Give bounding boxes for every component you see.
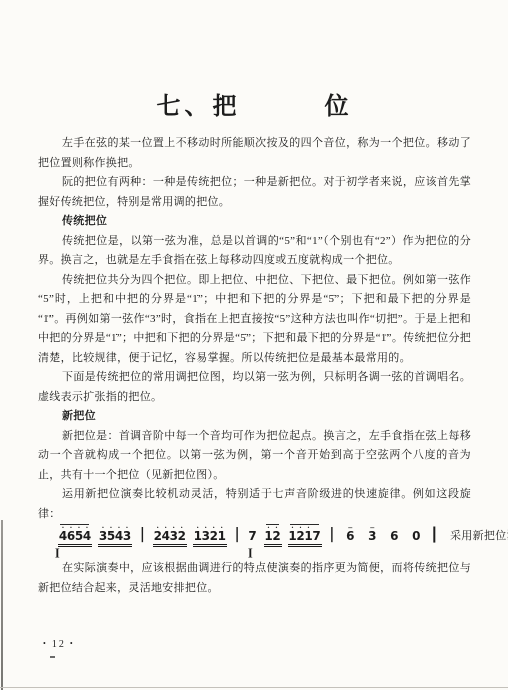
position-mark-1: I [55,545,60,562]
position-mark-2: I [248,545,253,562]
jianpu-group: ·2·4·3·2 [153,525,187,547]
footer-ornament-right: • [70,639,75,648]
paragraph-definition: 左手在弦的某一位置上不移动时所能顺次按及的四个音位，称为一个把位。移动了把位置则… [38,134,471,173]
jianpu-group: ·1·2·1 7 [288,525,322,547]
jianpu-group: ·3·5·4·3 [98,525,132,547]
jianpu-group: –3 [367,525,377,543]
paragraph-traditional-rule: 传统把位是，以第一弦为准，总是以首调的“5”和“1”（个别也有“2”）作为把位的… [38,232,471,271]
jianpu-group: ·1·2 [264,525,282,547]
notation-caption: 采用新把位演奏就比较方便。 [450,527,508,545]
heading-traditional-weizhi: 传统把位 [38,212,471,232]
jianpu-group: ·1·3·2·1 [193,525,227,547]
jianpu-digit: 6 [346,530,354,543]
jianpu-group: 7 [248,525,258,543]
jianpu-group: 0 [411,525,421,543]
jianpu-digit: 6 [390,530,398,543]
jianpu-digit: 2 [272,530,280,543]
jianpu-group: –6 [345,525,355,543]
scanned-book-page: 七、把 位 左手在弦的某一位置上不移动时所能顺次按及的四个音位，称为一个把位。移… [0,0,508,690]
barline: | [330,525,335,546]
jianpu-group: ·4·6·5·4 [58,525,92,547]
jianpu-digit: 1 [218,530,226,543]
jianpu-digit: 2 [178,530,186,543]
paragraph-chart-note: 下面是传统把位的常用调把位图，均以第一弦为例，只标明各调一弦的首调唱名。虚线表示… [38,368,471,407]
jianpu-group: 6 [389,525,399,543]
jianpu-digit: 7 [248,530,256,543]
jianpu-digit: 3 [123,530,131,543]
paragraph-two-kinds: 阮的把位有两种：一种是传统把位；一种是新把位。对于初学者来说，应该首先掌握好传统… [38,173,471,212]
scan-bottom-line [0,687,508,688]
paragraph-conclusion: 在实际演奏中，应该根据曲调进行的特点使演奏的指序更为简便，而将传统把位与新把位结… [38,559,471,598]
scan-edge-shadow [1,520,3,690]
jianpu-digit: 7 [312,530,320,543]
jianpu-digit: 0 [412,530,420,543]
scan-speck [50,656,55,658]
barline: | [235,525,240,546]
barline: | [140,525,145,546]
jianpu-digit: 4 [83,530,91,543]
paragraph-melody-intro: 运用新把位演奏比较机动灵活，特别适于七声音阶级进的快速旋律。例如这段旋律： [38,485,471,524]
jianpu-digit: 3 [368,530,376,543]
jianpu-tokens: ·4·6·5·4·3·5·4·3|·2·4·3·2·1·3·2·1| 7·1·2… [55,525,442,547]
page-number-footer: • 12 • [43,639,75,650]
barline-final: | [431,524,438,546]
body-sections: 左手在弦的某一位置上不移动时所能顺次按及的四个音位，称为一个把位。移动了把位置则… [38,134,471,598]
paragraph-new-rule: 新把位是：首调音阶中每一个音均可作为把位起点。换言之，左手食指在弦上每移动一个音… [38,427,471,486]
paragraph-four-positions: 传统把位共分为四个把位。即上把位、中把位、下把位、最下把位。例如第一弦作“5”时… [38,271,471,369]
footer-ornament-left: • [43,639,48,648]
page-title: 七、把 位 [38,0,471,122]
heading-new-weizhi: 新把位 [38,407,471,427]
jianpu-notation-line: I I ·4·6·5·4·3·5·4·3|·2·4·3·2·1·3·2·1| 7… [55,525,471,559]
page-number: 12 [52,639,66,650]
text-column: 七、把 位 左手在弦的某一位置上不移动时所能顺次按及的四个音位，称为一个把位。移… [38,0,471,598]
